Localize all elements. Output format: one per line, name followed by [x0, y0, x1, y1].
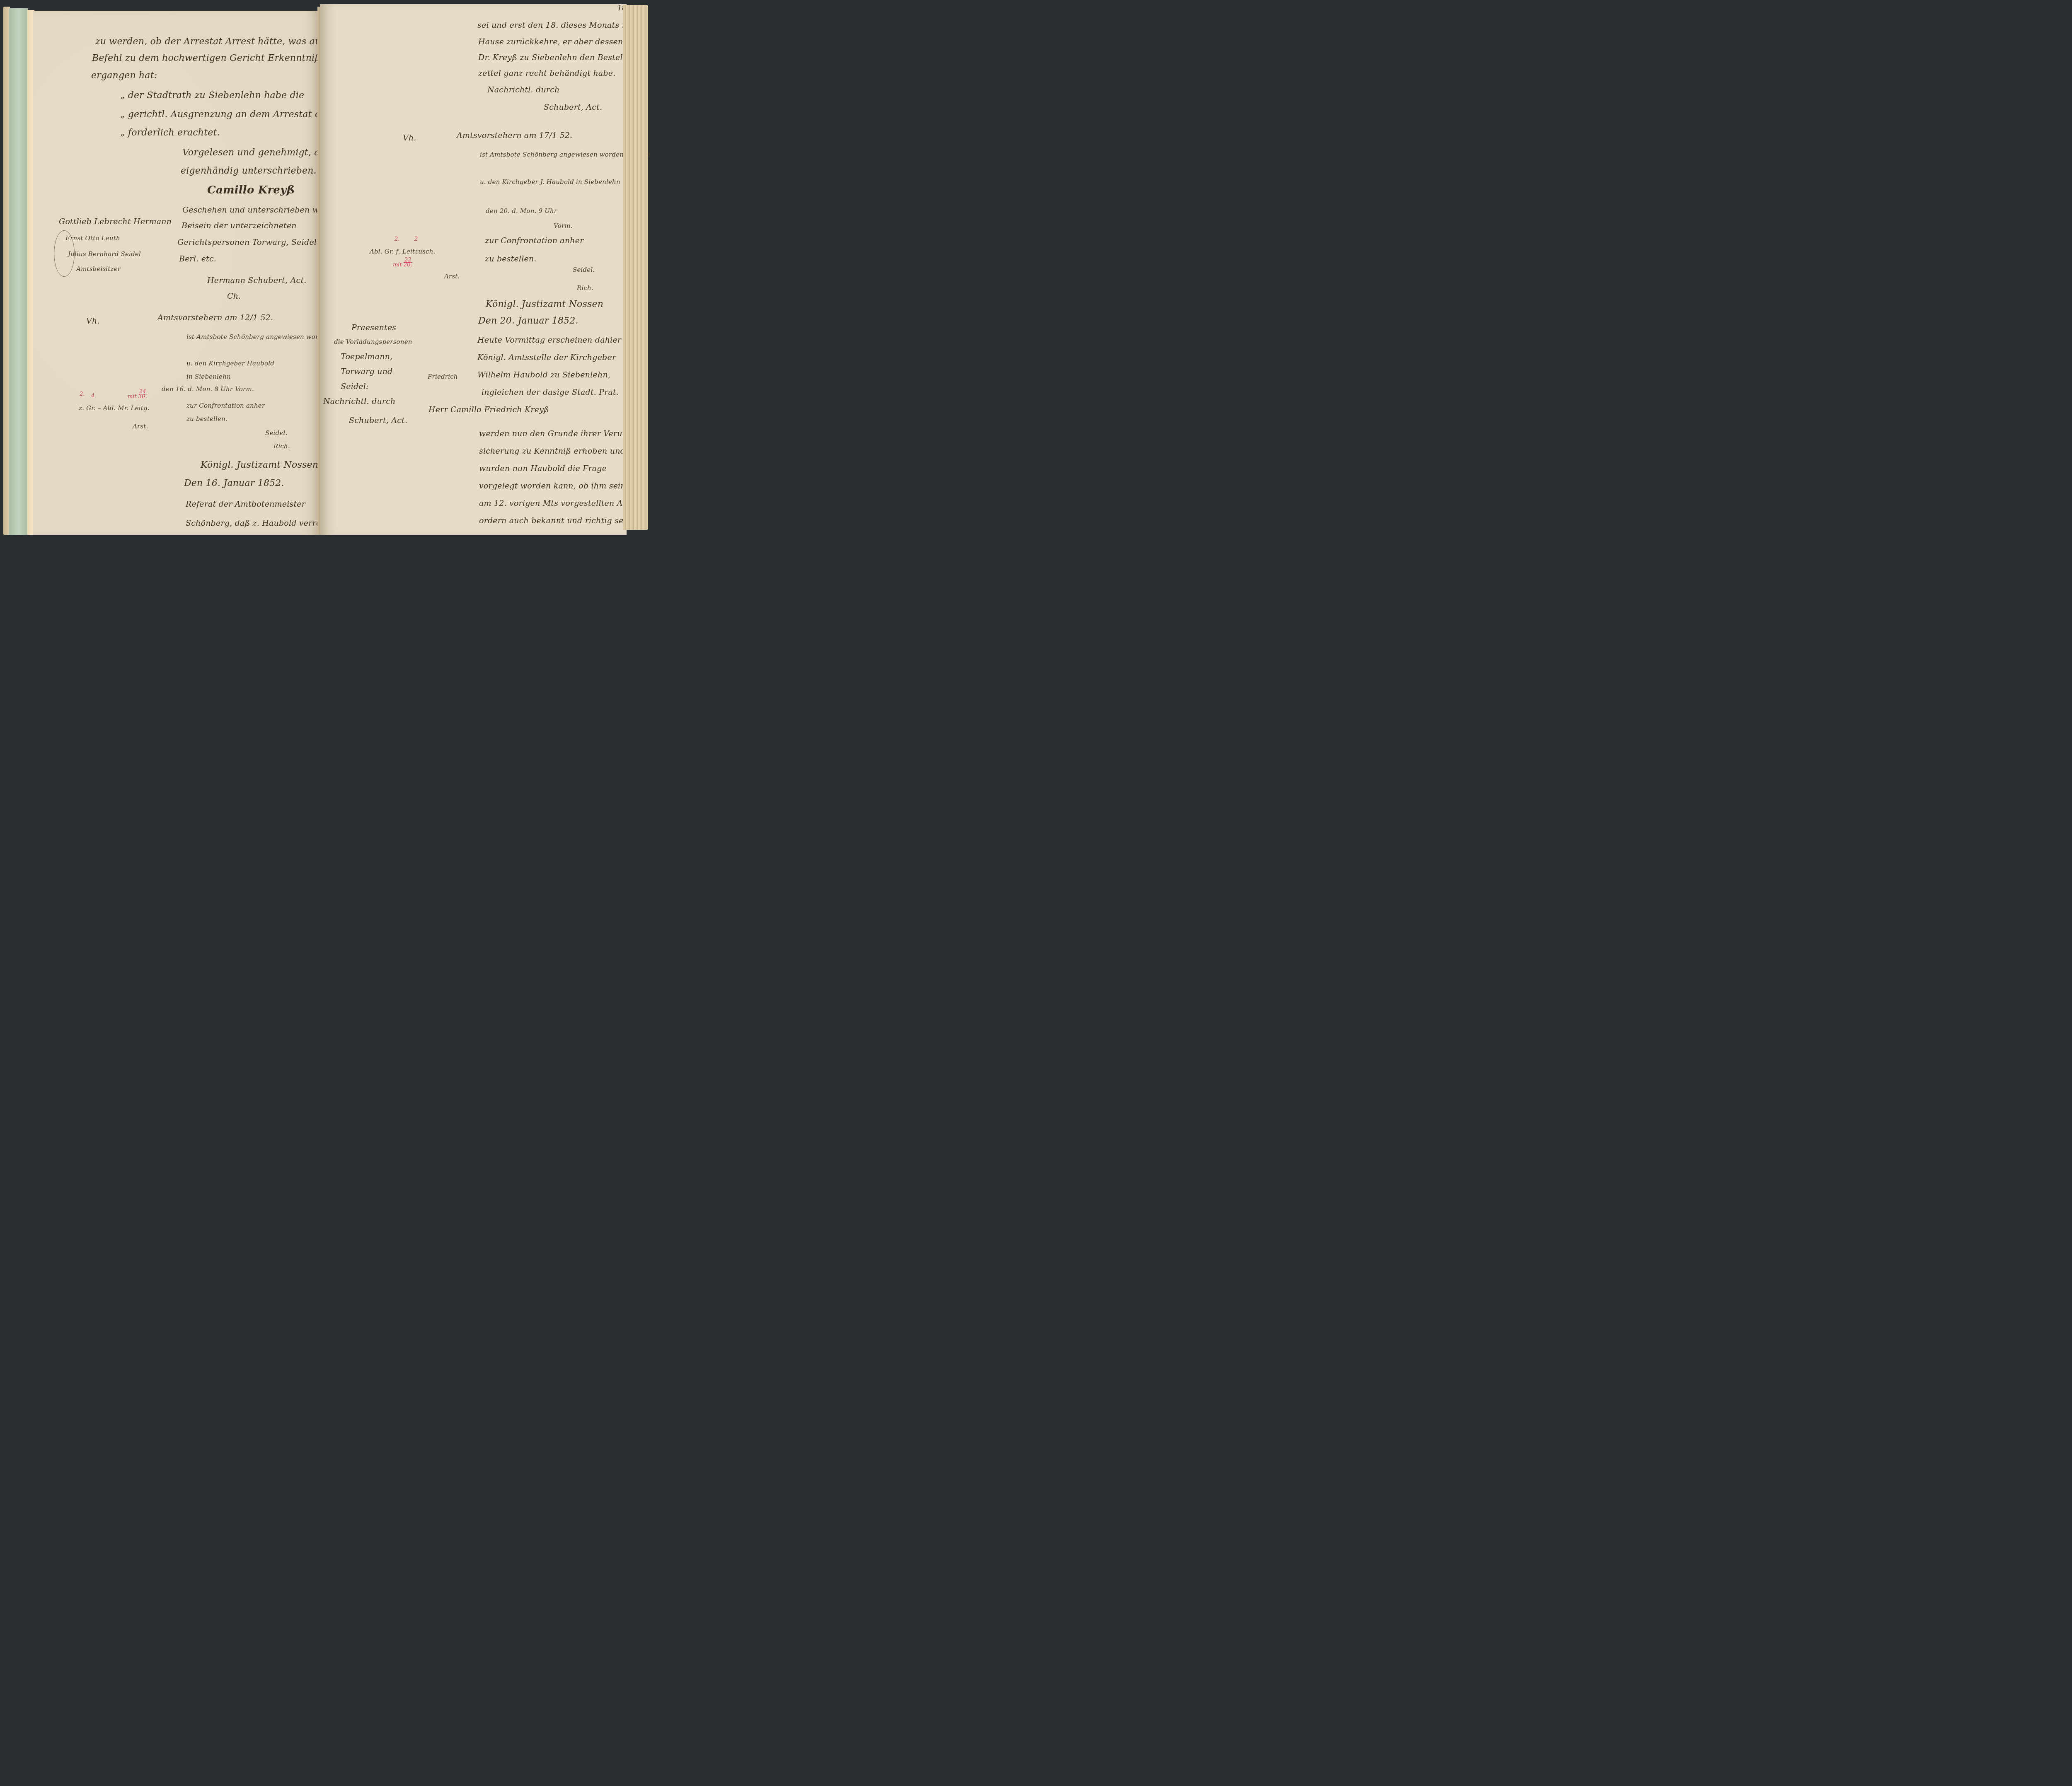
- margin-label: Friedrich: [428, 373, 458, 380]
- praesentes-title: Praesentes: [351, 323, 396, 332]
- entry-line: den 16. d. Mon. 8 Uhr Vorm.: [162, 385, 254, 393]
- praesentes-line: Seidel:: [341, 382, 369, 391]
- body-line: am 12. vorigen Mts vorgestellten An-: [479, 499, 631, 508]
- body-line: Wilhelm Haubold zu Siebenlehn,: [477, 370, 610, 379]
- clerk-mark: Ch.: [227, 292, 241, 301]
- red-annotation: 4: [91, 393, 94, 399]
- fee-signature: Arst.: [444, 273, 460, 280]
- fee-signature: Arst.: [133, 423, 148, 430]
- text-line: ergangen hat:: [91, 70, 157, 81]
- quote-line: „ forderlich erachtet.: [120, 128, 220, 138]
- red-annotation: 2: [414, 236, 418, 242]
- text-line: Dr. Kreyß zu Siebenlehn den Bestell-: [478, 53, 628, 62]
- entry-signature: Seidel.: [573, 266, 595, 273]
- open-book: zu werden, ob der Arrestat Arrest hätte,…: [3, 2, 648, 535]
- witness-line: Berl. etc.: [179, 254, 216, 263]
- text-line: zettel ganz recht behändigt habe.: [478, 69, 615, 78]
- body-line: ingleichen der dasige Stadt. Prat.: [482, 388, 619, 397]
- red-note: mit: [393, 262, 402, 268]
- red-fraction: 24 30.: [138, 389, 147, 399]
- fraction-denominator: 30.: [138, 394, 147, 399]
- green-binding-cloth: [9, 8, 28, 535]
- signature-schubert: Schubert, Act.: [544, 103, 602, 112]
- entry-line: zur Confrontation anher: [485, 236, 584, 245]
- red-annotation: 2.: [80, 391, 85, 397]
- entry-line: Vorm.: [554, 222, 573, 230]
- left-page: zu werden, ob der Arrestat Arrest hätte,…: [33, 11, 320, 535]
- body-line: ordern auch bekannt und richtig sei: [479, 516, 626, 525]
- sign-line: Nachrichtl. durch: [487, 85, 559, 94]
- entry-line: zu bestellen.: [485, 254, 537, 263]
- red-annotation-fraction: mit 24 30.: [128, 389, 147, 400]
- entry-line: u. den Kirchgeber J. Haubold in Siebenle…: [480, 178, 620, 186]
- entry-marker: Vh.: [403, 133, 416, 143]
- signature-kreyss: Camillo Kreyß: [207, 184, 295, 196]
- margin-signature: Gottlieb Lebrecht Hermann: [59, 217, 172, 226]
- text-line: Referat der Amtbotenmeister: [186, 500, 305, 509]
- fraction-denominator: 20.: [404, 263, 412, 267]
- margin-signature: Ernst Otto Leuth: [65, 234, 120, 242]
- fee-line: z. Gr. – Abl. Mr. Leitg.: [79, 404, 150, 412]
- entry-marker: Vh.: [86, 317, 100, 326]
- fee-line: Abl. Gr. f. Leitzusch.: [370, 248, 436, 255]
- red-note: mit: [128, 394, 137, 400]
- praesentes-line: Torwarg und: [341, 367, 392, 376]
- entry-line: u. den Kirchgeber Haubold: [186, 360, 274, 367]
- sign-line: Nachrichtl. durch: [323, 397, 395, 406]
- entry-line: Amtsvorstehern am 12/1 52.: [157, 313, 273, 322]
- right-page: 18. sei und erst den 18. dieses Monats n…: [320, 4, 627, 535]
- red-fraction: 22 20.: [404, 258, 412, 267]
- text-line: Schönberg, daß z. Haubold verreist: [186, 519, 331, 528]
- body-line: wurden nun Haubold die Frage: [479, 464, 607, 473]
- office-heading: Königl. Justizamt Nossen: [486, 299, 603, 309]
- body-line: Herr Camillo Friedrich Kreyß: [428, 405, 549, 414]
- body-line: Heute Vormittag erscheinen dahier an: [477, 336, 634, 345]
- witness-line: Beisein der unterzeichneten: [182, 221, 297, 230]
- date-heading: Den 20. Januar 1852.: [478, 316, 579, 326]
- office-heading: Königl. Justizamt Nossen: [201, 460, 318, 470]
- entry-signature: Rich.: [274, 442, 290, 450]
- entry-line: in Siebenlehn: [186, 373, 231, 380]
- entry-signature: Seidel.: [265, 429, 287, 437]
- red-annotation-fraction: mit 22 20.: [393, 258, 412, 268]
- margin-signature: Amtsbeisitzer: [76, 265, 121, 273]
- signature-clerk: Hermann Schubert, Act.: [207, 276, 307, 285]
- body-line: sicherung zu Kenntniß erhoben und: [479, 447, 625, 456]
- text-line: zu werden, ob der Arrestat Arrest hätte,…: [95, 36, 324, 47]
- entry-signature: Rich.: [577, 284, 593, 292]
- entry-line: den 20. d. Mon. 9 Uhr: [486, 207, 557, 215]
- closing-line: eigenhändig unterschrieben.: [181, 166, 317, 176]
- signature-flourish: [54, 230, 75, 277]
- entry-line: zu bestellen.: [186, 415, 228, 423]
- date-heading: Den 16. Januar 1852.: [184, 478, 284, 488]
- page-stack-right: [623, 5, 648, 530]
- signature-schubert: Schubert, Act.: [349, 416, 407, 425]
- entry-line: Amtsvorstehern am 17/1 52.: [457, 131, 572, 140]
- text-line: Befehl zu dem hochwertigen Gericht Erken…: [92, 53, 321, 63]
- entry-line: zur Confrontation anher: [186, 402, 265, 409]
- closing-line: Vorgelesen und genehmigt, auch: [182, 147, 337, 158]
- text-line: sei und erst den 18. dieses Monats nach: [477, 21, 641, 30]
- margin-signature: Julius Bernhard Seidel: [68, 250, 141, 258]
- quote-line: „ gerichtl. Ausgrenzung an dem Arrestat …: [120, 109, 328, 120]
- quote-line: „ der Stadtrath zu Siebenlehn habe die: [120, 90, 304, 101]
- body-line: vorgelegt worden kann, ob ihm seine: [479, 481, 630, 491]
- red-annotation: 2.: [395, 236, 399, 242]
- body-line: Königl. Amtsstelle der Kirchgeber: [477, 353, 616, 362]
- body-line: werden nun den Grunde ihrer Verun-: [479, 429, 630, 438]
- praesentes-line: Toepelmann,: [341, 352, 392, 361]
- praesentes-line: die Vorladungspersonen: [334, 338, 412, 346]
- witness-line: Gerichtspersonen Torwarg, Seidel mit: [177, 238, 333, 247]
